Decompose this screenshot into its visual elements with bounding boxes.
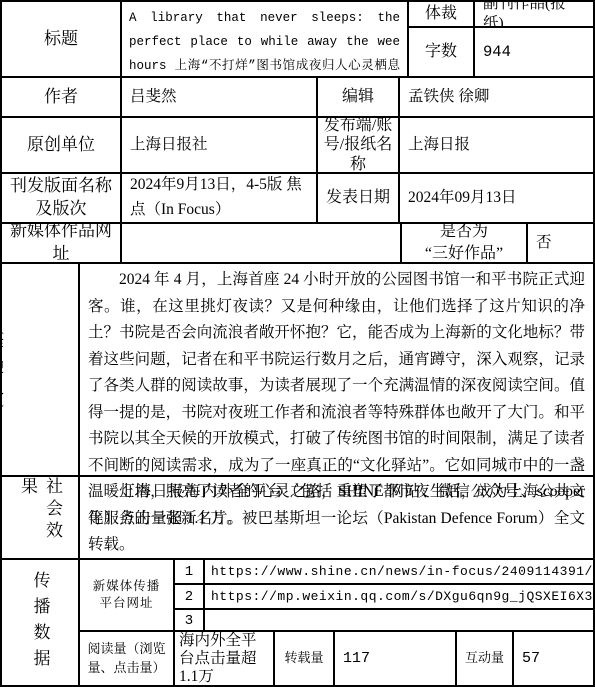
editor-label: 编辑: [318, 78, 400, 116]
intro-label-brief: （作品简介）: [0, 319, 6, 421]
intro-label: 采编过程 （作品简介）: [2, 264, 80, 475]
repost-label: 转载量: [275, 632, 335, 685]
read-count-label: 阅读量（浏览 量、点击量）: [80, 632, 175, 685]
page-edition-value: 2024年9月13日，4-5版 焦点（In Focus）: [122, 174, 318, 222]
wordcount-label: 字数: [409, 28, 475, 76]
three-good-label: 是否为 “三好作品”: [402, 224, 528, 262]
row-origin-unit: 原创单位 上海日报社 发布端/账号/报纸名称 上海日报: [2, 118, 593, 174]
row-spread-data: 传播数据 新媒体传播 平台网址 1 https://www.shine.cn/n…: [2, 560, 593, 685]
url-row-2: 2 https://mp.weixin.qq.com/s/DXgu6qn9g_j…: [175, 585, 593, 610]
spread-data-label-text: 传播数据: [28, 571, 53, 675]
author-value: 吕斐然: [122, 78, 318, 116]
url-3-number: 3: [175, 610, 205, 632]
genre-value: 副刊作品(报纸): [475, 2, 593, 26]
spread-data-body: 新媒体传播 平台网址 1 https://www.shine.cn/news/i…: [80, 560, 593, 685]
publish-date-label: 发表日期: [318, 174, 400, 222]
publish-date-value: 2024年09月13日: [400, 174, 593, 222]
social-effect-label-text: 社会效果: [15, 477, 65, 558]
row-new-media-url: 新媒体作品网 址 是否为 “三好作品” 否: [2, 224, 593, 264]
origin-unit-value: 上海日报社: [122, 118, 318, 172]
submission-form-table: 标题 A library that never sleeps: the perf…: [0, 0, 595, 687]
new-media-url-value: [122, 224, 402, 262]
social-effect-label: 社会效果: [2, 477, 80, 558]
url-row-3: 3: [175, 610, 593, 632]
url-2-number: 2: [175, 585, 205, 608]
url-1-link: https://www.shine.cn/news/in-focus/24091…: [205, 560, 595, 583]
publish-channel-value: 上海日报: [400, 118, 593, 172]
url-1-number: 1: [175, 560, 205, 583]
row-title: 标题 A library that never sleeps: the perf…: [2, 2, 593, 78]
title-value: A library that never sleeps: the perfect…: [122, 2, 409, 76]
genre-wordcount-group: 体裁 副刊作品(报纸) 字数 944: [409, 2, 593, 76]
row-page-edition: 刊发版面名称 及版次 2024年9月13日，4-5版 焦点（In Focus） …: [2, 174, 593, 224]
row-intro: 采编过程 （作品简介） 2024 年 4 月，上海首座 24 小时开放的公园图书…: [2, 264, 593, 477]
row-author: 作者 吕斐然 编辑 孟铁侠 徐卿: [2, 78, 593, 118]
platform-urls-section: 新媒体传播 平台网址 1 https://www.shine.cn/news/i…: [80, 560, 593, 632]
social-effect-text: 上海日报海内外全平台（包括 SHINE 网站、微信公众号、scooper 等）点…: [88, 479, 585, 559]
metrics-section: 阅读量（浏览 量、点击量） 海内外全平 台点击量超 1.1万 转载量 117 互…: [80, 632, 593, 685]
url-3-link: [205, 610, 593, 632]
genre-label: 体裁: [409, 2, 475, 26]
origin-unit-label: 原创单位: [2, 118, 122, 172]
read-count-value: 海内外全平 台点击量超 1.1万: [175, 632, 275, 685]
new-media-url-label: 新媒体作品网 址: [2, 224, 122, 262]
platform-urls-list: 1 https://www.shine.cn/news/in-focus/240…: [175, 560, 593, 630]
interaction-label: 互动量: [457, 632, 514, 685]
page-edition-label: 刊发版面名称 及版次: [2, 174, 122, 222]
intro-text: 2024 年 4 月，上海首座 24 小时开放的公园图书馆一和平书院正式迎客。谁…: [80, 264, 593, 475]
title-label: 标题: [2, 2, 122, 76]
url-row-1: 1 https://www.shine.cn/news/in-focus/240…: [175, 560, 593, 585]
editor-value: 孟铁侠 徐卿: [400, 78, 593, 116]
three-good-value: 否: [528, 224, 593, 262]
author-label: 作者: [2, 78, 122, 116]
interaction-value: 57: [514, 632, 593, 685]
row-social-effect: 社会效果 上海日报海内外全平台（包括 SHINE 网站、微信公众号、scoope…: [2, 477, 593, 560]
social-effect-cell: 上海日报海内外全平台（包括 SHINE 网站、微信公众号、scooper 等）点…: [80, 477, 593, 558]
url-2-link: https://mp.weixin.qq.com/s/DXgu6qn9g_jQS…: [205, 585, 595, 608]
genre-subrow: 体裁 副刊作品(报纸): [409, 2, 593, 28]
repost-value: 117: [335, 632, 457, 685]
platform-urls-label: 新媒体传播 平台网址: [80, 560, 175, 630]
spread-data-label: 传播数据: [2, 560, 80, 685]
publish-channel-label: 发布端/账号/报纸名称: [318, 118, 400, 172]
wordcount-subrow: 字数 944: [409, 28, 593, 76]
wordcount-value: 944: [475, 28, 519, 76]
